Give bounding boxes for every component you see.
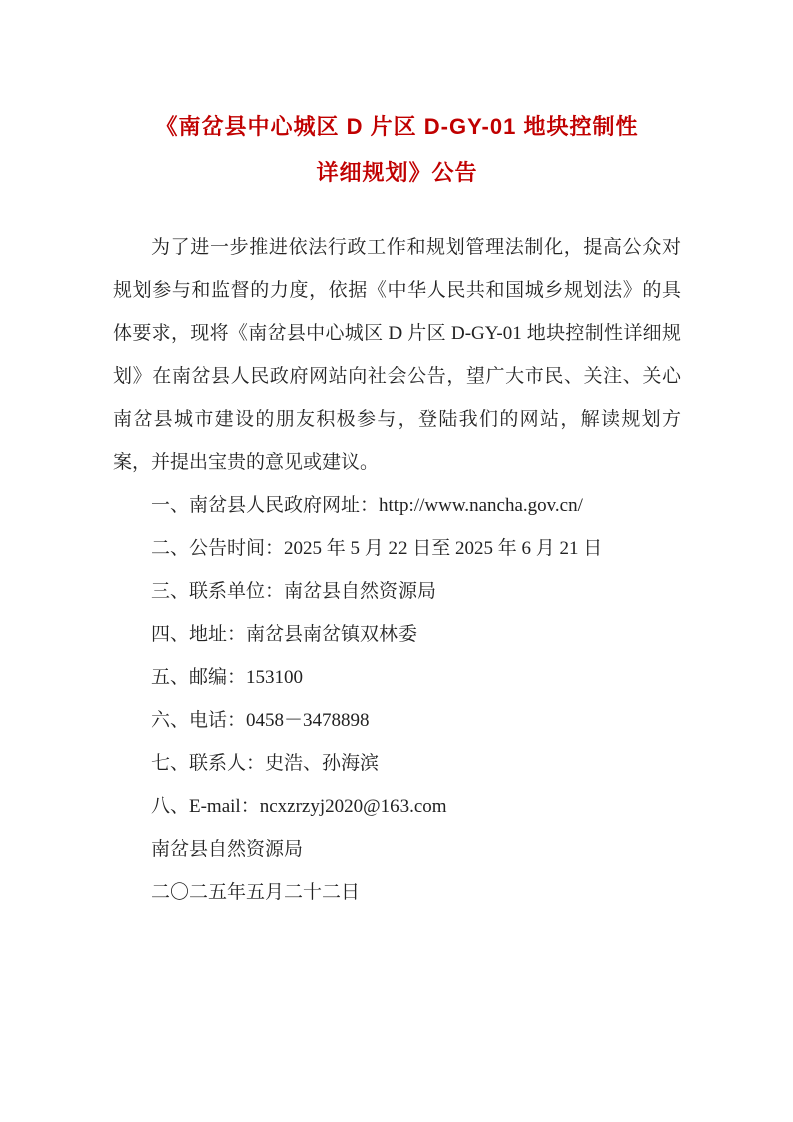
list-item-contact-person: 七、联系人：史浩、孙海滨	[113, 742, 681, 785]
list-item-email: 八、E-mail：ncxzrzyj2020@163.com	[113, 785, 681, 828]
signature-date: 二〇二五年五月二十二日	[113, 871, 681, 914]
signature-issuer: 南岔县自然资源局	[113, 828, 681, 871]
title-line-2: 详细规划》公告	[113, 150, 681, 196]
document-title: 《南岔县中心城区 D 片区 D-GY-01 地块控制性 详细规划》公告	[113, 104, 681, 196]
list-item-announcement-period: 二、公告时间：2025 年 5 月 22 日至 2025 年 6 月 21 日	[113, 527, 681, 570]
list-item-postcode: 五、邮编：153100	[113, 656, 681, 699]
document-page: 《南岔县中心城区 D 片区 D-GY-01 地块控制性 详细规划》公告 为了进一…	[0, 0, 793, 1122]
list-item-contact-unit: 三、联系单位：南岔县自然资源局	[113, 570, 681, 613]
document-content: 《南岔县中心城区 D 片区 D-GY-01 地块控制性 详细规划》公告 为了进一…	[0, 0, 793, 914]
body-paragraph: 为了进一步推进依法行政工作和规划管理法制化，提高公众对规划参与和监督的力度，依据…	[113, 226, 681, 484]
title-line-1: 《南岔县中心城区 D 片区 D-GY-01 地块控制性	[113, 104, 681, 150]
list-item-address: 四、地址：南岔县南岔镇双林委	[113, 613, 681, 656]
document-body: 为了进一步推进依法行政工作和规划管理法制化，提高公众对规划参与和监督的力度，依据…	[113, 226, 681, 914]
list-item-website: 一、南岔县人民政府网址：http://www.nancha.gov.cn/	[113, 484, 681, 527]
list-item-phone: 六、电话：0458－3478898	[113, 699, 681, 742]
